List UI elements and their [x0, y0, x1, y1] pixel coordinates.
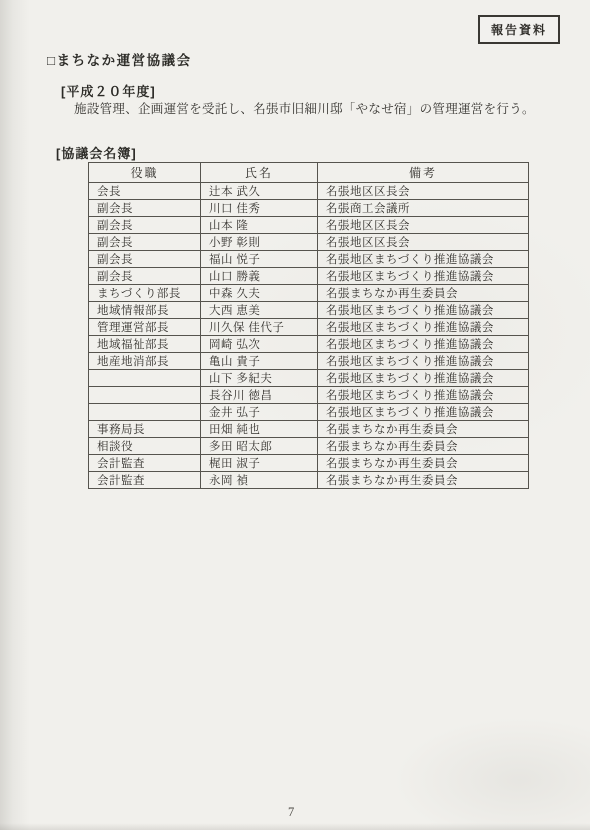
- name-cell: 小野 彰則: [201, 234, 318, 251]
- role-cell: 事務局長: [89, 421, 201, 438]
- remarks-cell: 名張まちなか再生委員会: [318, 472, 529, 489]
- name-cell: 金井 弘子: [201, 404, 318, 421]
- document-title: □まちなか運営協議会: [47, 49, 192, 69]
- table-row: 相談役多田 昭太郎名張まちなか再生委員会: [89, 438, 529, 455]
- role-cell: 副会長: [89, 251, 201, 268]
- role-cell: 副会長: [89, 200, 201, 217]
- role-cell: 会計監査: [89, 455, 201, 472]
- report-stamp-box: 報告資料: [478, 15, 560, 44]
- roster-table: 役職 氏名 備考 会長辻本 武久名張地区区長会副会長川口 佳秀名張商工会議所副会…: [88, 162, 529, 489]
- role-cell: 副会長: [89, 217, 201, 234]
- scanned-document-page: 報告資料 □まちなか運営協議会 [平成２０年度] 施設管理、企画運営を受託し、名…: [0, 0, 590, 830]
- roster-list-heading: [協議会名簿]: [56, 143, 137, 162]
- role-cell: 地域福祉部長: [89, 336, 201, 353]
- remarks-cell: 名張地区区長会: [318, 183, 529, 200]
- roster-table-body: 会長辻本 武久名張地区区長会副会長川口 佳秀名張商工会議所副会長山本 隆名張地区…: [89, 183, 529, 489]
- role-cell: 副会長: [89, 234, 201, 251]
- role-cell: [89, 404, 201, 421]
- remarks-cell: 名張まちなか再生委員会: [318, 421, 529, 438]
- table-row: 山下 多紀夫名張地区まちづくり推進協議会: [89, 370, 529, 387]
- name-cell: 多田 昭太郎: [201, 438, 318, 455]
- role-cell: [89, 370, 201, 387]
- role-cell: 管理運営部長: [89, 319, 201, 336]
- column-header-remarks: 備考: [318, 163, 529, 183]
- name-cell: 大西 恵美: [201, 302, 318, 319]
- fiscal-year-heading: [平成２０年度]: [61, 81, 156, 100]
- name-cell: 福山 悦子: [201, 251, 318, 268]
- remarks-cell: 名張まちなか再生委員会: [318, 438, 529, 455]
- remarks-cell: 名張商工会議所: [318, 200, 529, 217]
- remarks-cell: 名張地区まちづくり推進協議会: [318, 336, 529, 353]
- table-row: 副会長山口 勝義名張地区まちづくり推進協議会: [89, 268, 529, 285]
- table-row: 会計監査永岡 禎名張まちなか再生委員会: [89, 472, 529, 489]
- role-cell: 会計監査: [89, 472, 201, 489]
- table-row: 長谷川 徳昌名張地区まちづくり推進協議会: [89, 387, 529, 404]
- name-cell: 中森 久夫: [201, 285, 318, 302]
- name-cell: 永岡 禎: [201, 472, 318, 489]
- name-cell: 岡崎 弘次: [201, 336, 318, 353]
- name-cell: 川口 佳秀: [201, 200, 318, 217]
- name-cell: 田畑 純也: [201, 421, 318, 438]
- column-header-role: 役職: [89, 163, 201, 183]
- table-row: 副会長福山 悦子名張地区まちづくり推進協議会: [89, 251, 529, 268]
- name-cell: 長谷川 徳昌: [201, 387, 318, 404]
- table-row: 会長辻本 武久名張地区区長会: [89, 183, 529, 200]
- table-row: 地産地消部長亀山 貴子名張地区まちづくり推進協議会: [89, 353, 529, 370]
- report-stamp-label: 報告資料: [491, 21, 547, 38]
- page-number: 7: [288, 805, 294, 820]
- name-cell: 川久保 佳代子: [201, 319, 318, 336]
- remarks-cell: 名張地区まちづくり推進協議会: [318, 251, 529, 268]
- role-cell: 副会長: [89, 268, 201, 285]
- table-row: 副会長川口 佳秀名張商工会議所: [89, 200, 529, 217]
- table-header-row: 役職 氏名 備考: [89, 163, 529, 183]
- remarks-cell: 名張地区まちづくり推進協議会: [318, 319, 529, 336]
- remarks-cell: 名張地区まちづくり推進協議会: [318, 387, 529, 404]
- role-cell: [89, 387, 201, 404]
- name-cell: 梶田 淑子: [201, 455, 318, 472]
- remarks-cell: 名張まちなか再生委員会: [318, 285, 529, 302]
- role-cell: 相談役: [89, 438, 201, 455]
- name-cell: 亀山 貴子: [201, 353, 318, 370]
- fiscal-year-description: 施設管理、企画運営を受託し、名張市旧細川邸「やなせ宿」の管理運営を行う。: [74, 99, 535, 117]
- table-row: 事務局長田畑 純也名張まちなか再生委員会: [89, 421, 529, 438]
- table-row: 地域福祉部長岡崎 弘次名張地区まちづくり推進協議会: [89, 336, 529, 353]
- remarks-cell: 名張地区まちづくり推進協議会: [318, 268, 529, 285]
- name-cell: 山下 多紀夫: [201, 370, 318, 387]
- table-row: 会計監査梶田 淑子名張まちなか再生委員会: [89, 455, 529, 472]
- role-cell: まちづくり部長: [89, 285, 201, 302]
- table-row: 管理運営部長川久保 佳代子名張地区まちづくり推進協議会: [89, 319, 529, 336]
- remarks-cell: 名張地区まちづくり推進協議会: [318, 370, 529, 387]
- remarks-cell: 名張地区区長会: [318, 217, 529, 234]
- name-cell: 山口 勝義: [201, 268, 318, 285]
- table-row: 金井 弘子名張地区まちづくり推進協議会: [89, 404, 529, 421]
- table-row: 地域情報部長大西 恵美名張地区まちづくり推進協議会: [89, 302, 529, 319]
- remarks-cell: 名張地区まちづくり推進協議会: [318, 404, 529, 421]
- role-cell: 地産地消部長: [89, 353, 201, 370]
- remarks-cell: 名張まちなか再生委員会: [318, 455, 529, 472]
- table-row: 副会長山本 隆名張地区区長会: [89, 217, 529, 234]
- table-row: 副会長小野 彰則名張地区区長会: [89, 234, 529, 251]
- table-row: まちづくり部長中森 久夫名張まちなか再生委員会: [89, 285, 529, 302]
- remarks-cell: 名張地区まちづくり推進協議会: [318, 302, 529, 319]
- role-cell: 会長: [89, 183, 201, 200]
- name-cell: 山本 隆: [201, 217, 318, 234]
- column-header-name: 氏名: [201, 163, 318, 183]
- remarks-cell: 名張地区まちづくり推進協議会: [318, 353, 529, 370]
- name-cell: 辻本 武久: [201, 183, 318, 200]
- remarks-cell: 名張地区区長会: [318, 234, 529, 251]
- role-cell: 地域情報部長: [89, 302, 201, 319]
